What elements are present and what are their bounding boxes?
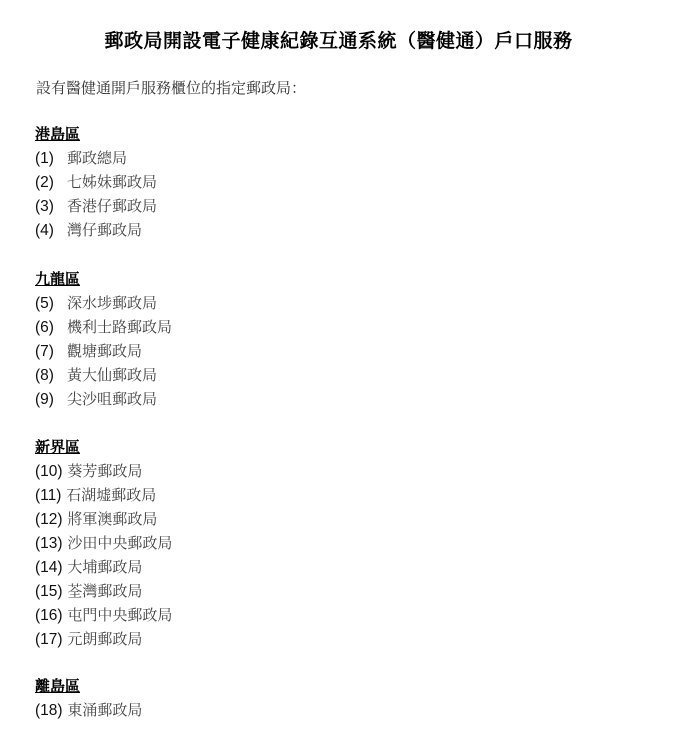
item-name: 尖沙咀郵政局 xyxy=(67,390,157,408)
item-number: (8) xyxy=(35,364,67,388)
section-title: 九龍區 xyxy=(35,267,172,291)
item-number: (15) xyxy=(35,580,63,604)
section-outlying-islands: 離島區 (18) 東涌郵政局 xyxy=(35,674,142,722)
section-title: 港島區 xyxy=(35,122,157,146)
item-number: (16) xyxy=(35,604,63,628)
item-name: 東涌郵政局 xyxy=(67,701,142,719)
item-name: 沙田中央郵政局 xyxy=(67,534,172,552)
list-item: (2)七姊妹郵政局 xyxy=(35,170,157,194)
list-item: (15) 荃灣郵政局 xyxy=(35,579,172,603)
list-item: (4)灣仔郵政局 xyxy=(35,218,157,242)
list-item: (5)深水埗郵政局 xyxy=(35,291,172,315)
list-item: (14) 大埔郵政局 xyxy=(35,555,172,579)
item-number: (2) xyxy=(35,171,67,195)
item-number: (9) xyxy=(35,388,67,412)
item-name: 七姊妹郵政局 xyxy=(67,173,157,191)
item-number: (5) xyxy=(35,292,67,316)
item-number: (12) xyxy=(35,508,63,532)
section-title: 新界區 xyxy=(35,435,172,459)
item-name: 葵芳郵政局 xyxy=(67,462,142,480)
item-number: (10) xyxy=(35,460,63,484)
item-name: 香港仔郵政局 xyxy=(67,197,157,215)
item-name: 荃灣郵政局 xyxy=(67,582,142,600)
item-number: (4) xyxy=(35,219,67,243)
item-name: 大埔郵政局 xyxy=(67,558,142,576)
list-item: (7)觀塘郵政局 xyxy=(35,339,172,363)
list-item: (18) 東涌郵政局 xyxy=(35,698,142,722)
item-number: (7) xyxy=(35,340,67,364)
item-number: (3) xyxy=(35,195,67,219)
item-name: 黃大仙郵政局 xyxy=(67,366,157,384)
section-title: 離島區 xyxy=(35,674,142,698)
item-number: (6) xyxy=(35,316,67,340)
item-number: (14) xyxy=(35,556,63,580)
item-name: 機利士路郵政局 xyxy=(67,318,172,336)
list-item: (6)機利士路郵政局 xyxy=(35,315,172,339)
list-item: (11) 石湖墟郵政局 xyxy=(35,483,172,507)
item-name: 灣仔郵政局 xyxy=(67,221,142,239)
list-item: (10) 葵芳郵政局 xyxy=(35,459,172,483)
list-item: (3)香港仔郵政局 xyxy=(35,194,157,218)
item-name: 屯門中央郵政局 xyxy=(67,606,172,624)
list-item: (8)黃大仙郵政局 xyxy=(35,363,172,387)
intro-text: 設有醫健通開戶服務櫃位的指定郵政局： xyxy=(36,77,306,98)
list-item: (16) 屯門中央郵政局 xyxy=(35,603,172,627)
item-name: 深水埗郵政局 xyxy=(67,294,157,312)
item-name: 觀塘郵政局 xyxy=(67,342,142,360)
item-name: 石湖墟郵政局 xyxy=(66,486,156,504)
list-item: (13) 沙田中央郵政局 xyxy=(35,531,172,555)
item-name: 郵政總局 xyxy=(67,149,127,167)
list-item: (1)郵政總局 xyxy=(35,146,157,170)
list-item: (12) 將軍澳郵政局 xyxy=(35,507,172,531)
item-number: (18) xyxy=(35,699,63,723)
section-kowloon: 九龍區 (5)深水埗郵政局 (6)機利士路郵政局 (7)觀塘郵政局 (8)黃大仙… xyxy=(35,267,172,411)
item-number: (1) xyxy=(35,147,67,171)
item-number: (17) xyxy=(35,628,63,652)
list-item: (9)尖沙咀郵政局 xyxy=(35,387,172,411)
section-new-territories: 新界區 (10) 葵芳郵政局 (11) 石湖墟郵政局 (12) 將軍澳郵政局 (… xyxy=(35,435,172,651)
list-item: (17) 元朗郵政局 xyxy=(35,627,172,651)
item-number: (13) xyxy=(35,532,63,556)
section-hong-kong-island: 港島區 (1)郵政總局 (2)七姊妹郵政局 (3)香港仔郵政局 (4)灣仔郵政局 xyxy=(35,122,157,242)
item-number: (11) xyxy=(35,484,61,508)
item-name: 將軍澳郵政局 xyxy=(67,510,157,528)
item-name: 元朗郵政局 xyxy=(67,630,142,648)
document-title: 郵政局開設電子健康紀錄互通系統（醫健通）戶口服務 xyxy=(0,26,677,53)
